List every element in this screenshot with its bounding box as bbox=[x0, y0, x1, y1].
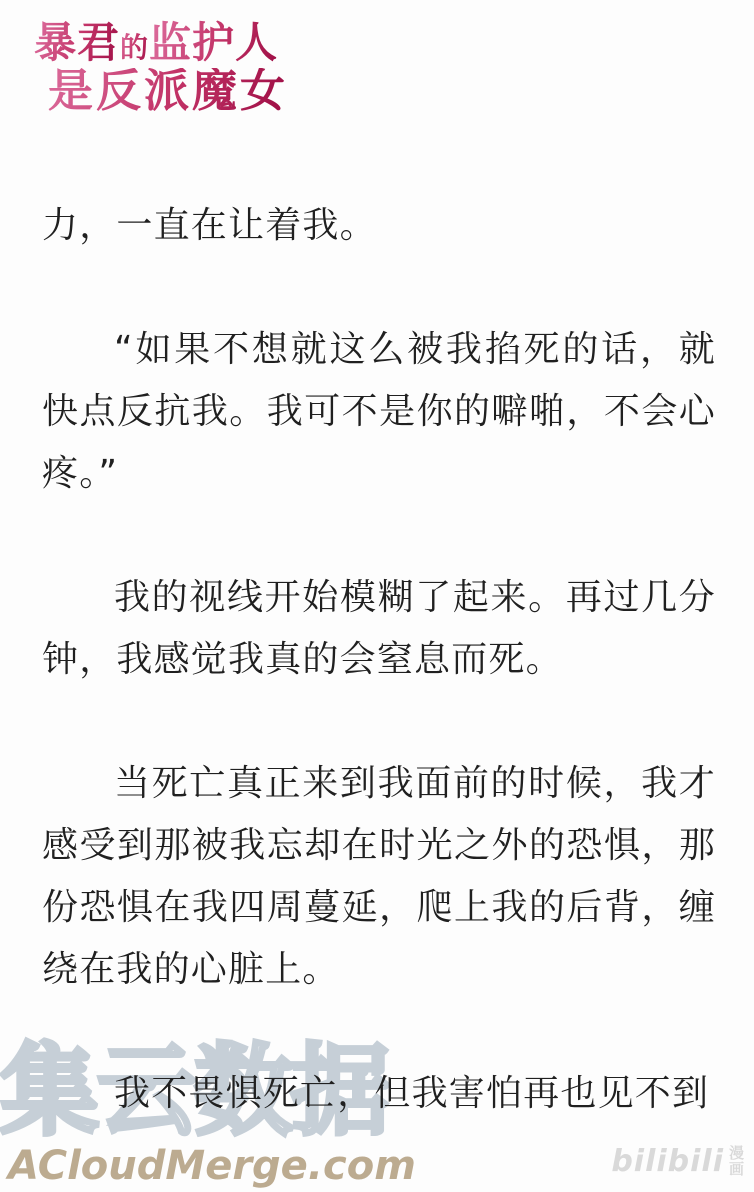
series-title-part1: 暴君 bbox=[34, 18, 120, 67]
bilibili-manga-logo: bilibili 漫 画 bbox=[611, 1144, 744, 1179]
series-title-part3: 监护人 bbox=[149, 18, 278, 67]
paragraph-4: 当死亡真正来到我面前的时候，我才感受到那被我忘却在时光之外的恐惧，那份恐惧在我四… bbox=[42, 753, 716, 1001]
series-title-line1: 暴君的监护人 bbox=[34, 22, 288, 64]
paragraph-3: 我的视线开始模糊了起来。再过几分钟，我感觉我真的会窒息而死。 bbox=[42, 567, 716, 691]
manhua-label: 漫 画 bbox=[729, 1146, 744, 1178]
series-title-part2: 的 bbox=[120, 31, 149, 64]
paragraph-5: 我不畏惧死亡，但我害怕再也见不到 bbox=[42, 1063, 716, 1125]
story-text: 力，一直在让着我。 “如果不想就这么被我掐死的话，就快点反抗我。我可不是你的噼啪… bbox=[42, 195, 716, 1187]
manhua-char-bottom: 画 bbox=[729, 1162, 744, 1178]
series-title-line2: 是反派魔女 bbox=[34, 68, 288, 113]
paragraph-1: 力，一直在让着我。 bbox=[42, 195, 716, 257]
bilibili-wordmark: bilibili bbox=[611, 1144, 724, 1179]
manhua-char-top: 漫 bbox=[729, 1146, 744, 1162]
series-title-logo: 暴君的监护人 是反派魔女 bbox=[34, 22, 288, 113]
site-watermark: ACloudMerge.com bbox=[8, 1143, 416, 1189]
paragraph-2: “如果不想就这么被我掐死的话，就快点反抗我。我可不是你的噼啪，不会心疼。” bbox=[42, 319, 716, 505]
